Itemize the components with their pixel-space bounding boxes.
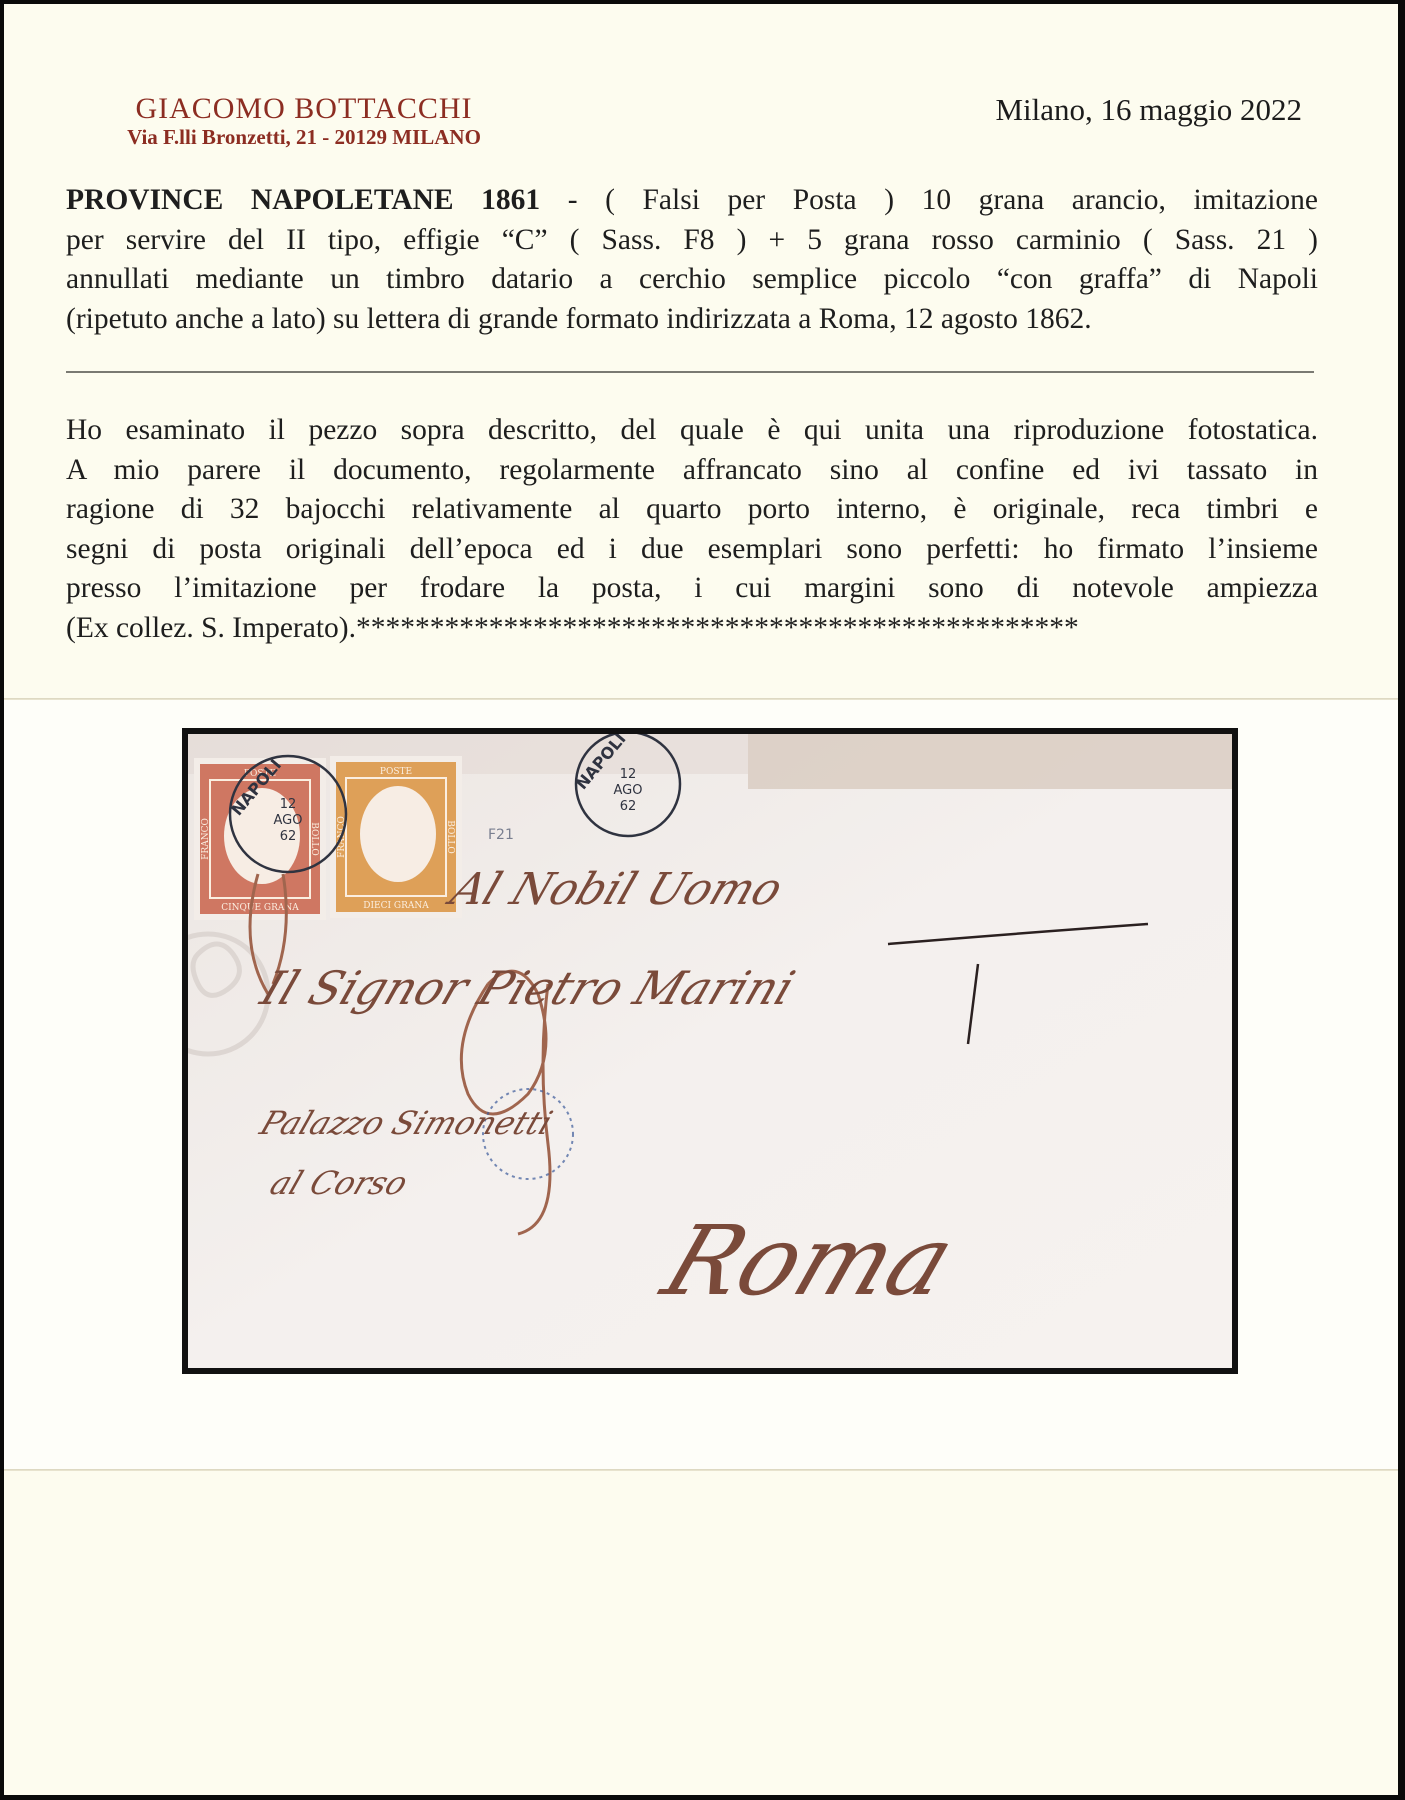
- opinion-line: presso l’imitazione per frodare la posta…: [66, 569, 1318, 609]
- opinion-line: Ho esaminato il pezzo sopra descritto, d…: [66, 411, 1318, 451]
- svg-text:BOLLO: BOLLO: [309, 822, 319, 856]
- svg-text:BOLLO: BOLLO: [445, 820, 455, 854]
- handwritten-address: Il Signor Pietro Marini: [253, 962, 802, 1015]
- cover-photo: POSTECINQUE GRANAFRANCOBOLLOPOSTEDIECI G…: [182, 728, 1238, 1374]
- opinion-line: segni di posta originali dell’epoca ed i…: [66, 530, 1318, 570]
- svg-text:FRANCO: FRANCO: [201, 818, 211, 860]
- certificate-date: Milano, 16 maggio 2022: [995, 92, 1302, 128]
- svg-text:62: 62: [620, 799, 637, 814]
- stamp: POSTEDIECI GRANAFRANCOBOLLO: [330, 756, 462, 918]
- handwritten-address: Palazzo Simonetti: [254, 1104, 558, 1142]
- svg-text:POSTE: POSTE: [380, 767, 412, 777]
- svg-text:DIECI GRANA: DIECI GRANA: [363, 901, 429, 911]
- opinion-line: A mio parere il documento, regolarmente …: [66, 451, 1318, 491]
- handwritten-address: Al Nobil Uomo: [440, 863, 789, 914]
- description-line: annullati mediante un timbro datario a c…: [66, 260, 1318, 300]
- item-description: PROVINCE NAPOLETANE 1861 - ( Falsi per P…: [66, 181, 1318, 339]
- expert-address: Via F.lli Bronzetti, 21 - 20129 MILANO: [4, 125, 604, 150]
- divider: [66, 371, 1314, 373]
- handwritten-address: Roma: [648, 1206, 969, 1317]
- expert-name: GIACOMO BOTTACCHI: [4, 92, 604, 126]
- letter-reproduction: POSTECINQUE GRANAFRANCOBOLLOPOSTEDIECI G…: [188, 734, 1232, 1368]
- svg-text:12: 12: [280, 797, 297, 812]
- fold-line: [4, 1469, 1398, 1471]
- opinion-line: ragione di 32 bajocchi relativamente al …: [66, 490, 1318, 530]
- handwritten-address: al Corso: [265, 1164, 413, 1202]
- opinion-line: (Ex collez. S. Imperato).***************…: [66, 609, 1318, 649]
- svg-text:AGO: AGO: [274, 813, 303, 828]
- svg-text:12: 12: [620, 767, 637, 782]
- svg-text:62: 62: [280, 829, 297, 844]
- expert-opinion: Ho esaminato il pezzo sopra descritto, d…: [66, 411, 1318, 648]
- description-line: (ripetuto anche a lato) su lettera di gr…: [66, 300, 1318, 340]
- description-line: PROVINCE NAPOLETANE 1861 - ( Falsi per P…: [66, 181, 1318, 221]
- pencil-note: F21: [488, 827, 514, 843]
- certificate-sheet: GIACOMO BOTTACCHI Via F.lli Bronzetti, 2…: [4, 4, 1398, 1795]
- description-title: PROVINCE NAPOLETANE 1861: [66, 184, 540, 216]
- description-line: per servire del II tipo, effigie “C” ( S…: [66, 221, 1318, 261]
- fold-line: [4, 698, 1398, 700]
- svg-text:AGO: AGO: [614, 783, 643, 798]
